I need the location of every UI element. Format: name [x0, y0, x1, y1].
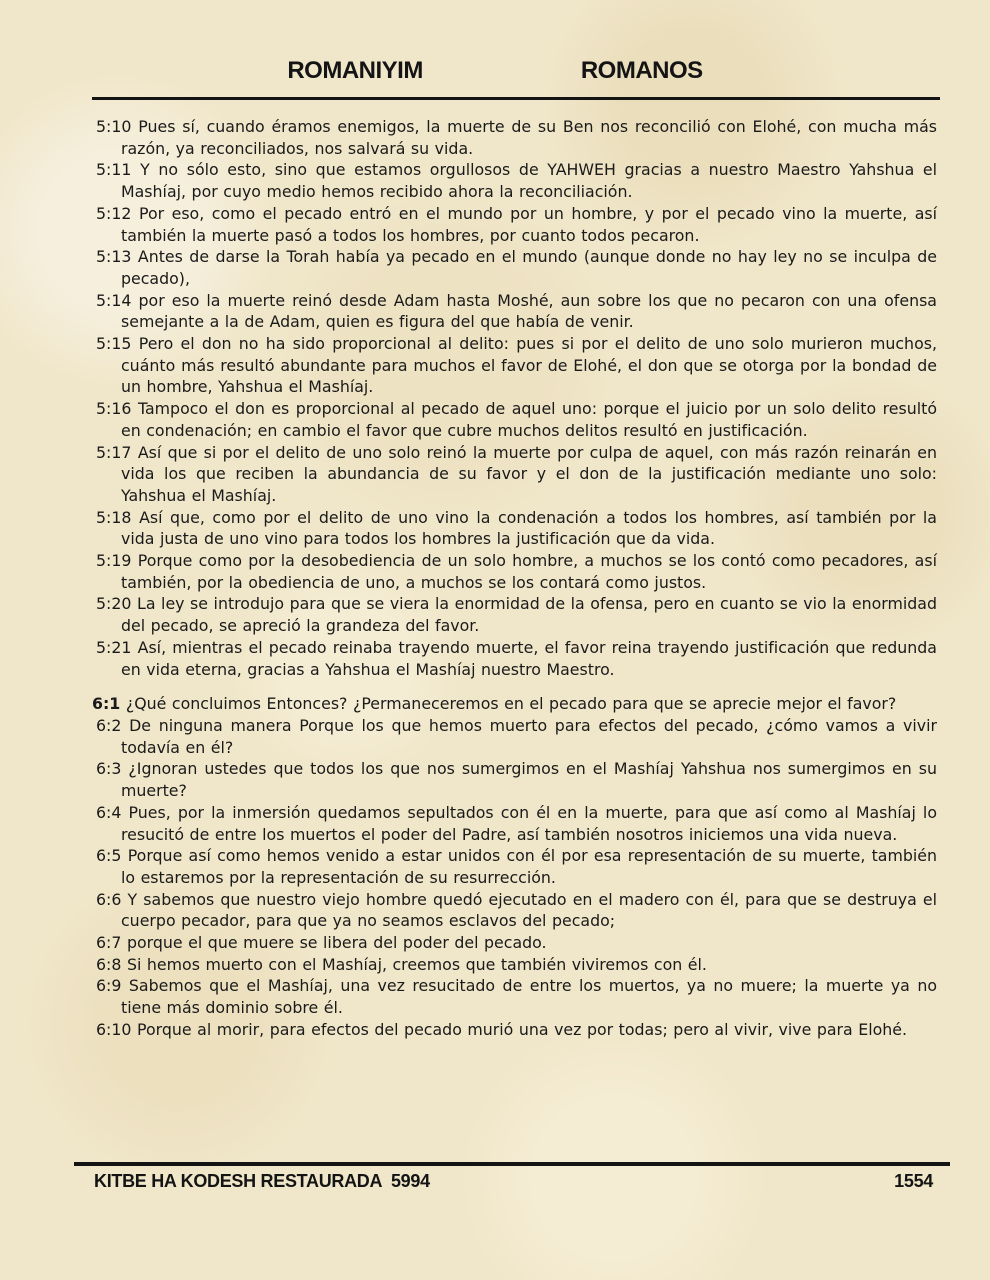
verse-5-18: 5:18 Así que, como por el delito de uno …: [96, 507, 937, 550]
verse-5-14: 5:14 por eso la muerte reinó desde Adam …: [96, 290, 937, 333]
verse-text: Sabemos que el Mashíaj, una vez resucita…: [121, 976, 937, 1017]
page-header: ROMANIYIM ROMANOS: [0, 0, 990, 100]
verse-5-17: 5:17 Así que si por el delito de uno sol…: [96, 442, 937, 507]
verse-text: Y sabemos que nuestro viejo hombre quedó…: [121, 890, 937, 931]
verse-ref: 5:20: [96, 594, 131, 613]
verse-ref: 6:10: [96, 1020, 131, 1039]
verse-6-5: 6:5 Porque así como hemos venido a estar…: [96, 845, 937, 888]
verse-ref: 5:16: [96, 399, 131, 418]
verse-6-7: 6:7 porque el que muere se libera del po…: [96, 932, 937, 954]
verse-text: De ninguna manera Porque los que hemos m…: [121, 716, 937, 757]
verse-text: Pero el don no ha sido proporcional al d…: [121, 334, 937, 396]
header-title-transliterated: ROMANIYIM: [287, 57, 423, 85]
verse-6-2: 6:2 De ninguna manera Porque los que hem…: [96, 715, 937, 758]
verse-6-4: 6:4 Pues, por la inmersión quedamos sepu…: [96, 802, 937, 845]
verse-text: Antes de darse la Torah había ya pecado …: [121, 247, 937, 288]
footer-rule: [74, 1162, 950, 1166]
verse-5-10: 5:10 Pues sí, cuando éramos enemigos, la…: [96, 116, 937, 159]
verse-text: Así, mientras el pecado reinaba trayendo…: [121, 638, 937, 679]
verse-5-11: 5:11 Y no sólo esto, sino que estamos or…: [96, 159, 937, 202]
footer-page-number: 1554: [894, 1171, 933, 1192]
verse-5-13: 5:13 Antes de darse la Torah había ya pe…: [96, 246, 937, 289]
verse-6-3: 6:3 ¿Ignoran ustedes que todos los que n…: [96, 758, 937, 801]
verse-6-9: 6:9 Sabemos que el Mashíaj, una vez resu…: [96, 975, 937, 1018]
verse-6-1: 6:1 ¿Qué concluimos Entonces? ¿Permanece…: [96, 693, 937, 715]
verse-5-15: 5:15 Pero el don no ha sido proporcional…: [96, 333, 937, 398]
verse-ref: 6:5: [96, 846, 121, 865]
verse-text: Tampoco el don es proporcional al pecado…: [121, 399, 937, 440]
verse-text: ¿Ignoran ustedes que todos los que nos s…: [121, 759, 937, 800]
footer-book-title: KITBE HA KODESH RESTAURADA 5994: [94, 1171, 430, 1192]
verse-ref: 5:21: [96, 638, 131, 657]
verse-ref: 5:10: [96, 117, 131, 136]
verse-text: Así que si por el delito de uno solo rei…: [121, 443, 937, 505]
verse-5-21: 5:21 Así, mientras el pecado reinaba tra…: [96, 637, 937, 680]
verse-ref: 6:9: [96, 976, 121, 995]
verse-ref: 5:17: [96, 443, 131, 462]
page-footer: KITBE HA KODESH RESTAURADA 5994 1554: [0, 1162, 990, 1192]
verse-text: Por eso, como el pecado entró en el mund…: [121, 204, 937, 245]
verse-ref: 5:11: [96, 160, 131, 179]
verse-text: Y no sólo esto, sino que estamos orgullo…: [121, 160, 937, 201]
verse-ref: 5:14: [96, 291, 131, 310]
verse-ref: 5:13: [96, 247, 131, 266]
verse-5-16: 5:16 Tampoco el don es proporcional al p…: [96, 398, 937, 441]
verse-ref: 6:4: [96, 803, 121, 822]
verse-ref: 6:6: [96, 890, 121, 909]
verse-text: Si hemos muerto con el Mashíaj, creemos …: [127, 955, 707, 974]
verse-6-6: 6:6 Y sabemos que nuestro viejo hombre q…: [96, 889, 937, 932]
verse-text: Pues sí, cuando éramos enemigos, la muer…: [121, 117, 937, 158]
verse-ref: 6:2: [96, 716, 121, 735]
verse-text: por eso la muerte reinó desde Adam hasta…: [121, 291, 937, 332]
verse-text: porque el que muere se libera del poder …: [127, 933, 547, 952]
verse-ref: 6:8: [96, 955, 121, 974]
verse-ref: 6:3: [96, 759, 121, 778]
verse-text: ¿Qué concluimos Entonces? ¿Permaneceremo…: [126, 694, 896, 713]
verse-6-10: 6:10 Porque al morir, para efectos del p…: [96, 1019, 937, 1041]
verse-text: Porque así como hemos venido a estar uni…: [121, 846, 937, 887]
verse-body: 5:10 Pues sí, cuando éramos enemigos, la…: [96, 116, 937, 1041]
verse-ref: 5:19: [96, 551, 131, 570]
footer-row: KITBE HA KODESH RESTAURADA 5994 1554: [94, 1171, 933, 1192]
verse-ref: 5:15: [96, 334, 131, 353]
chapter-verse-ref: 6:1: [92, 694, 120, 713]
verse-text: Pues, por la inmersión quedamos sepultad…: [121, 803, 937, 844]
verse-5-20: 5:20 La ley se introdujo para que se vie…: [96, 593, 937, 636]
verse-text: Así que, como por el delito de uno vino …: [121, 508, 937, 549]
verse-text: Porque al morir, para efectos del pecado…: [137, 1020, 907, 1039]
verse-text: Porque como por la desobediencia de un s…: [121, 551, 937, 592]
header-rule: [92, 97, 940, 100]
verse-6-8: 6:8 Si hemos muerto con el Mashíaj, cree…: [96, 954, 937, 976]
verse-ref: 6:7: [96, 933, 121, 952]
running-titles: ROMANIYIM ROMANOS: [0, 0, 990, 85]
verse-text: La ley se introdujo para que se viera la…: [121, 594, 937, 635]
scripture-page: ROMANIYIM ROMANOS 5:10 Pues sí, cuando é…: [0, 0, 990, 1280]
verse-5-19: 5:19 Porque como por la desobediencia de…: [96, 550, 937, 593]
verse-5-12: 5:12 Por eso, como el pecado entró en el…: [96, 203, 937, 246]
verse-ref: 5:12: [96, 204, 131, 223]
header-title-spanish: ROMANOS: [581, 57, 703, 85]
verse-ref: 5:18: [96, 508, 131, 527]
